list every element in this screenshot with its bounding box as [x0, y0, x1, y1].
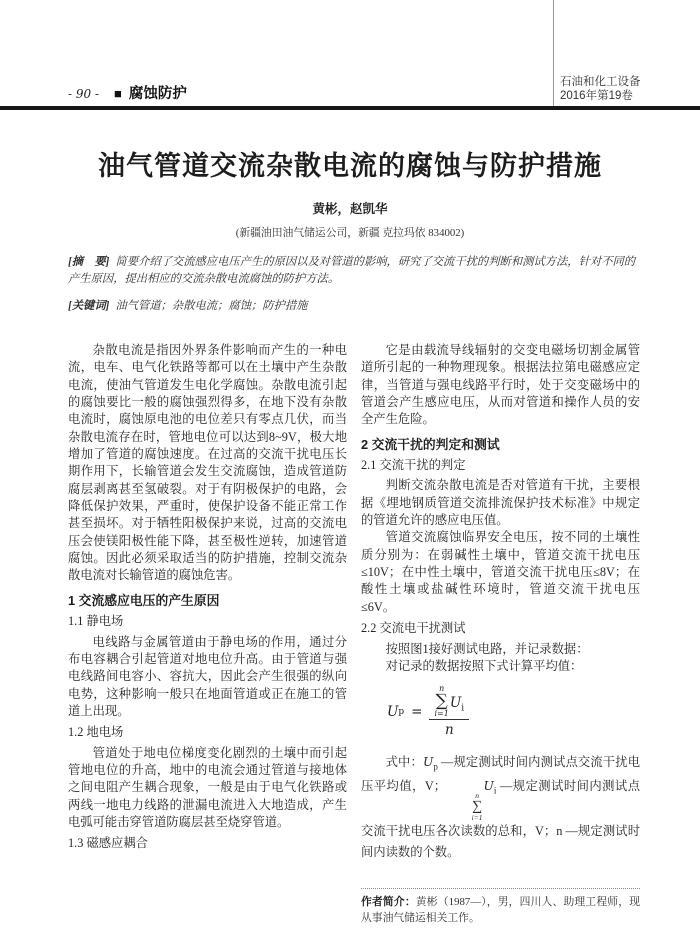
paragraph-2-2b: 对记录的数据按照下式计算平均值： [361, 658, 640, 675]
sigma-lower-limit: i=1 [434, 710, 448, 718]
paragraph-1-1: 电线路与金属管道由于静电场的作用，通过分布电容耦合引起管道对地电位升高。由于管道… [68, 634, 347, 721]
formula-equals: = [411, 704, 422, 721]
heading-1-2: 1.2 地电场 [68, 724, 347, 741]
keywords: [关键词]油气管道；杂散电流；腐蚀；防护措施 [68, 298, 640, 315]
keywords-text: 油气管道；杂散电流；腐蚀；防护措施 [115, 300, 307, 312]
heading-1-1: 1.1 静电场 [68, 613, 347, 630]
paragraph-2-1a: 判断交流杂散电流是否对管道有干扰，主要根据《埋地钢质管道交流排流保护技术标准》中… [361, 477, 640, 529]
heading-2: 2 交流干扰的判定和测试 [361, 436, 640, 453]
intro-paragraph: 杂散电流是指因外界条件影响而产生的一种电流，电车、电气化铁路等都可以在土壤中产生… [68, 342, 347, 585]
author-bio-label: 作者简介： [361, 896, 416, 908]
keywords-label: [关键词] [68, 300, 109, 312]
paragraph-2-0: 它是由载流导线辐射的交变电磁场切割金属管道所引起的一种物理现象。根据法拉第电磁感… [361, 342, 640, 429]
heading-1: 1 交流感应电压的产生原因 [68, 592, 347, 609]
expl-var2: U [484, 779, 494, 793]
title-block: 油气管道交流杂散电流的腐蚀与防护措施 黄彬，赵凯华 (新疆油田油气储运公司，新疆… [0, 144, 700, 240]
expl-pre: 式中： [386, 755, 423, 769]
page-number: - 90 - [68, 87, 99, 101]
paragraph-2-1b: 管道交流腐蚀临界安全电压，按不同的土壤性质分别为：在弱碱性土壤中，管道交流干扰电… [361, 529, 640, 616]
affiliation: (新疆油田油气储运公司，新疆 克拉玛依 834002) [0, 225, 700, 240]
journal-info: 石油和化工设备 2016年第19卷 [560, 76, 641, 103]
formula-fraction: n ∑ i=1 Ui n [429, 685, 469, 739]
abstract-label: [摘 要] [68, 256, 109, 268]
running-header: - 90 - ■腐蚀防护 石油和化工设备 2016年第19卷 [0, 0, 700, 106]
heading-2-2: 2.2 交流电干扰测试 [361, 620, 640, 637]
formula-average-voltage: Up = n ∑ i=1 Ui n [387, 685, 640, 739]
formula-numerator: n ∑ i=1 Ui [429, 685, 469, 720]
left-column: 杂散电流是指因外界条件影响而产生的一种电流，电车、电气化铁路等都可以在土壤中产生… [68, 342, 347, 926]
header-rule [0, 106, 700, 110]
formula-denominator: n [445, 720, 454, 739]
sigma-glyph: ∑ [436, 693, 448, 710]
paragraph-1-2: 管道处于地电位梯度变化剧烈的土壤中而引起管地电位的升高，地中的电流会通过管道与接… [68, 745, 347, 832]
square-bullet-icon: ■ [114, 86, 122, 101]
abstract: [摘 要]简要介绍了交流感应电压产生的原因以及对管道的影响，研究了交流干扰的判断… [68, 254, 640, 288]
heading-1-3: 1.3 磁感应耦合 [68, 835, 347, 852]
section-label: ■腐蚀防护 [114, 82, 187, 103]
journal-issue: 2016年第19卷 [560, 90, 641, 104]
article-body: 杂散电流是指因外界条件影响而产生的一种电流，电车、电气化铁路等都可以在土壤中产生… [68, 342, 640, 926]
formula-lhs-sub: p [398, 704, 404, 721]
abstract-text: 简要介绍了交流感应电压产生的原因以及对管道的影响，研究了交流干扰的判断和测试方法… [68, 256, 635, 285]
expl-var1: U [423, 755, 433, 769]
inline-sigma-symbol: n∑i=1 [447, 792, 483, 821]
authors: 黄彬，赵凯华 [0, 199, 700, 217]
formula-lhs-var: U [387, 704, 398, 721]
section-title: 腐蚀防护 [129, 86, 187, 102]
right-column: 它是由载流导线辐射的交变电磁场切割金属管道所引起的一种物理现象。根据法拉第电磁感… [361, 342, 640, 926]
paragraph-2-2a: 按照图1接好测试电路，并记录数据： [361, 641, 640, 658]
journal-name: 石油和化工设备 [560, 76, 641, 90]
formula-num-var: Ui [450, 695, 464, 718]
header-divider-line [553, 0, 554, 106]
author-bio: 作者简介：黄彬（1987—），男，四川人、助理工程师，现从事油气储运相关工作。 [361, 888, 640, 926]
abstract-section: [摘 要]简要介绍了交流感应电压产生的原因以及对管道的影响，研究了交流干扰的判断… [68, 254, 640, 315]
formula-explanation: 式中：Up —规定测试时间内测试点交流干扰电压平均值，V；n∑i=1Ui —规定… [361, 752, 640, 863]
article-title: 油气管道交流杂散电流的腐蚀与防护措施 [0, 144, 700, 183]
sigma-symbol: n ∑ i=1 [434, 685, 448, 718]
heading-2-1: 2.1 交流干扰的判定 [361, 457, 640, 474]
document-page: - 90 - ■腐蚀防护 石油和化工设备 2016年第19卷 油气管道交流杂散电… [0, 0, 700, 944]
